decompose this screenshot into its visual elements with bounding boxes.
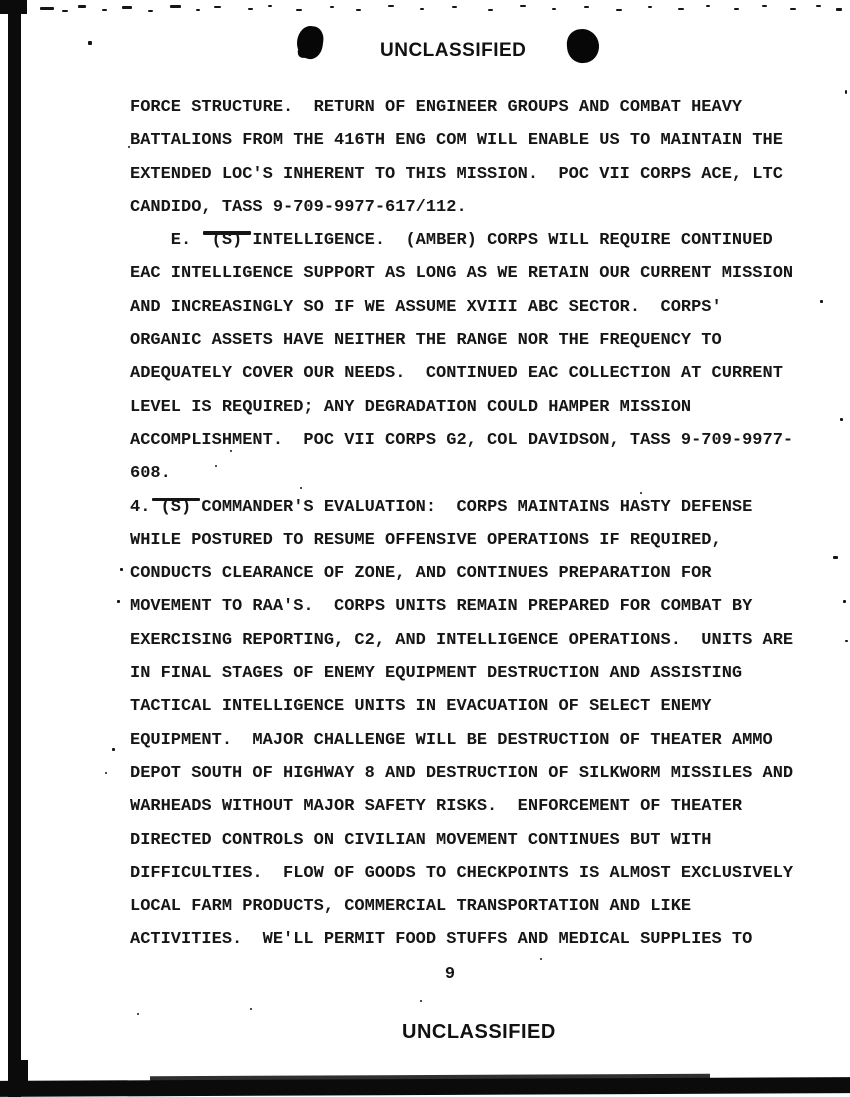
document-line: FORCE STRUCTURE. RETURN OF ENGINEER GROU… [130,91,820,124]
scan-noise-speck [420,8,424,10]
redacted-classification-marking: (S) [161,491,192,524]
document-line: EQUIPMENT. MAJOR CHALLENGE WILL BE DESTR… [130,724,820,757]
document-line: ACTIVITIES. WE'LL PERMIT FOOD STUFFS AND… [130,923,820,956]
document-line: EAC INTELLIGENCE SUPPORT AS LONG AS WE R… [130,257,820,290]
scan-noise-speck [833,556,838,559]
document-line: DIRECTED CONTROLS ON CIVILIAN MOVEMENT C… [130,824,820,857]
scan-noise-speck [122,6,132,9]
document-line: AND INCREASINGLY SO IF WE ASSUME XVIII A… [130,291,820,324]
scan-noise-speck [678,8,684,10]
document-line: ADEQUATELY COVER OUR NEEDS. CONTINUED EA… [130,357,820,390]
scan-noise-speck [248,8,253,10]
scan-noise-speck [88,41,92,45]
scan-noise-speck [170,5,181,8]
scan-noise-speck [552,8,556,10]
scan-noise-speck [214,6,221,8]
scan-noise-speck [330,6,334,8]
document-line: LEVEL IS REQUIRED; ANY DEGRADATION COULD… [130,391,820,424]
scan-noise-speck [616,9,622,11]
line-text: E. [130,231,212,250]
document-line: WARHEADS WITHOUT MAJOR SAFETY RISKS. ENF… [130,790,820,823]
document-line: MOVEMENT TO RAA'S. CORPS UNITS REMAIN PR… [130,590,820,623]
scan-noise-speck [78,5,86,8]
scan-noise-speck [845,640,848,642]
scan-noise-speck [137,1013,139,1015]
document-line: EXTENDED LOC'S INHERENT TO THIS MISSION.… [130,158,820,191]
scan-noise-speck [230,450,232,452]
scan-noise-speck [112,748,115,751]
document-line: 608. [130,457,820,490]
scan-noise-speck [584,6,589,8]
scan-noise-speck [356,9,361,11]
header-classification-banner: UNCLASSIFIED [380,40,526,62]
scan-noise-speck [388,5,394,7]
scan-noise-speck [648,6,652,8]
black-stamp-dot-left-tail [298,50,308,59]
scan-noise-speck [215,465,217,467]
page-number: 9 [430,965,470,984]
document-line: WHILE POSTURED TO RESUME OFFENSIVE OPERA… [130,524,820,557]
scan-noise-speck [734,8,739,10]
document-line: CONDUCTS CLEARANCE OF ZONE, AND CONTINUE… [130,557,820,590]
scan-noise-speck [102,9,107,11]
line-text: COMMANDER'S EVALUATION: CORPS MAINTAINS … [191,498,752,517]
scan-noise-speck [250,1008,252,1010]
line-text: INTELLIGENCE. (AMBER) CORPS WILL REQUIRE… [242,231,773,250]
document-line: IN FINAL STAGES OF ENEMY EQUIPMENT DESTR… [130,657,820,690]
black-stamp-dot-right [566,28,601,65]
scan-artifact-corner [0,0,27,14]
scan-noise-speck [105,772,107,774]
document-line: ORGANIC ASSETS HAVE NEITHER THE RANGE NO… [130,324,820,357]
document-line: TACTICAL INTELLIGENCE UNITS IN EVACUATIO… [130,690,820,723]
scan-noise-speck [840,418,843,421]
scan-artifact-left-bar [8,0,21,1097]
scan-noise-speck [540,958,542,960]
scan-noise-speck [40,7,54,10]
scan-noise-speck [790,8,796,10]
document-line: 4. (S) COMMANDER'S EVALUATION: CORPS MAI… [130,491,820,524]
document-line: LOCAL FARM PRODUCTS, COMMERCIAL TRANSPOR… [130,890,820,923]
scan-noise-speck [120,568,123,571]
document-line: DIFFICULTIES. FLOW OF GOODS TO CHECKPOIN… [130,857,820,890]
document-page: UNCLASSIFIED UNCLASSIFIED FORCE STRUCTUR… [0,0,850,1097]
scan-noise-speck [300,487,302,489]
scan-noise-speck [148,10,153,12]
scan-artifact-bottom-bar [0,1077,850,1097]
redacted-classification-marking: (S) [212,224,243,257]
scan-noise-speck [268,5,272,7]
scan-noise-speck [296,9,302,11]
scan-noise-speck [128,146,130,148]
footer-classification-banner: UNCLASSIFIED [402,1021,556,1044]
scan-noise-speck [836,8,842,11]
scan-noise-speck [117,600,120,603]
document-body-text: FORCE STRUCTURE. RETURN OF ENGINEER GROU… [130,91,820,957]
document-line: CANDIDO, TASS 9-709-9977-617/112. [130,191,820,224]
scan-noise-speck [843,600,846,603]
scan-noise-speck [520,5,526,7]
document-line: E. (S) INTELLIGENCE. (AMBER) CORPS WILL … [130,224,820,257]
document-line: BATTALIONS FROM THE 416TH ENG COM WILL E… [130,124,820,157]
scan-noise-speck [640,492,642,494]
scan-noise-speck [762,5,767,7]
scan-noise-speck [452,6,457,8]
document-line: EXERCISING REPORTING, C2, AND INTELLIGEN… [130,624,820,657]
scan-noise-speck [62,10,68,12]
scan-noise-speck [845,90,847,94]
scan-noise-speck [196,9,200,11]
document-line: ACCOMPLISHMENT. POC VII CORPS G2, COL DA… [130,424,820,457]
scan-noise-speck [820,300,823,303]
scan-noise-speck [488,9,493,11]
document-line: DEPOT SOUTH OF HIGHWAY 8 AND DESTRUCTION… [130,757,820,790]
scan-noise-speck [420,1000,422,1002]
scan-noise-speck [706,5,710,7]
scan-noise-speck [816,5,821,7]
